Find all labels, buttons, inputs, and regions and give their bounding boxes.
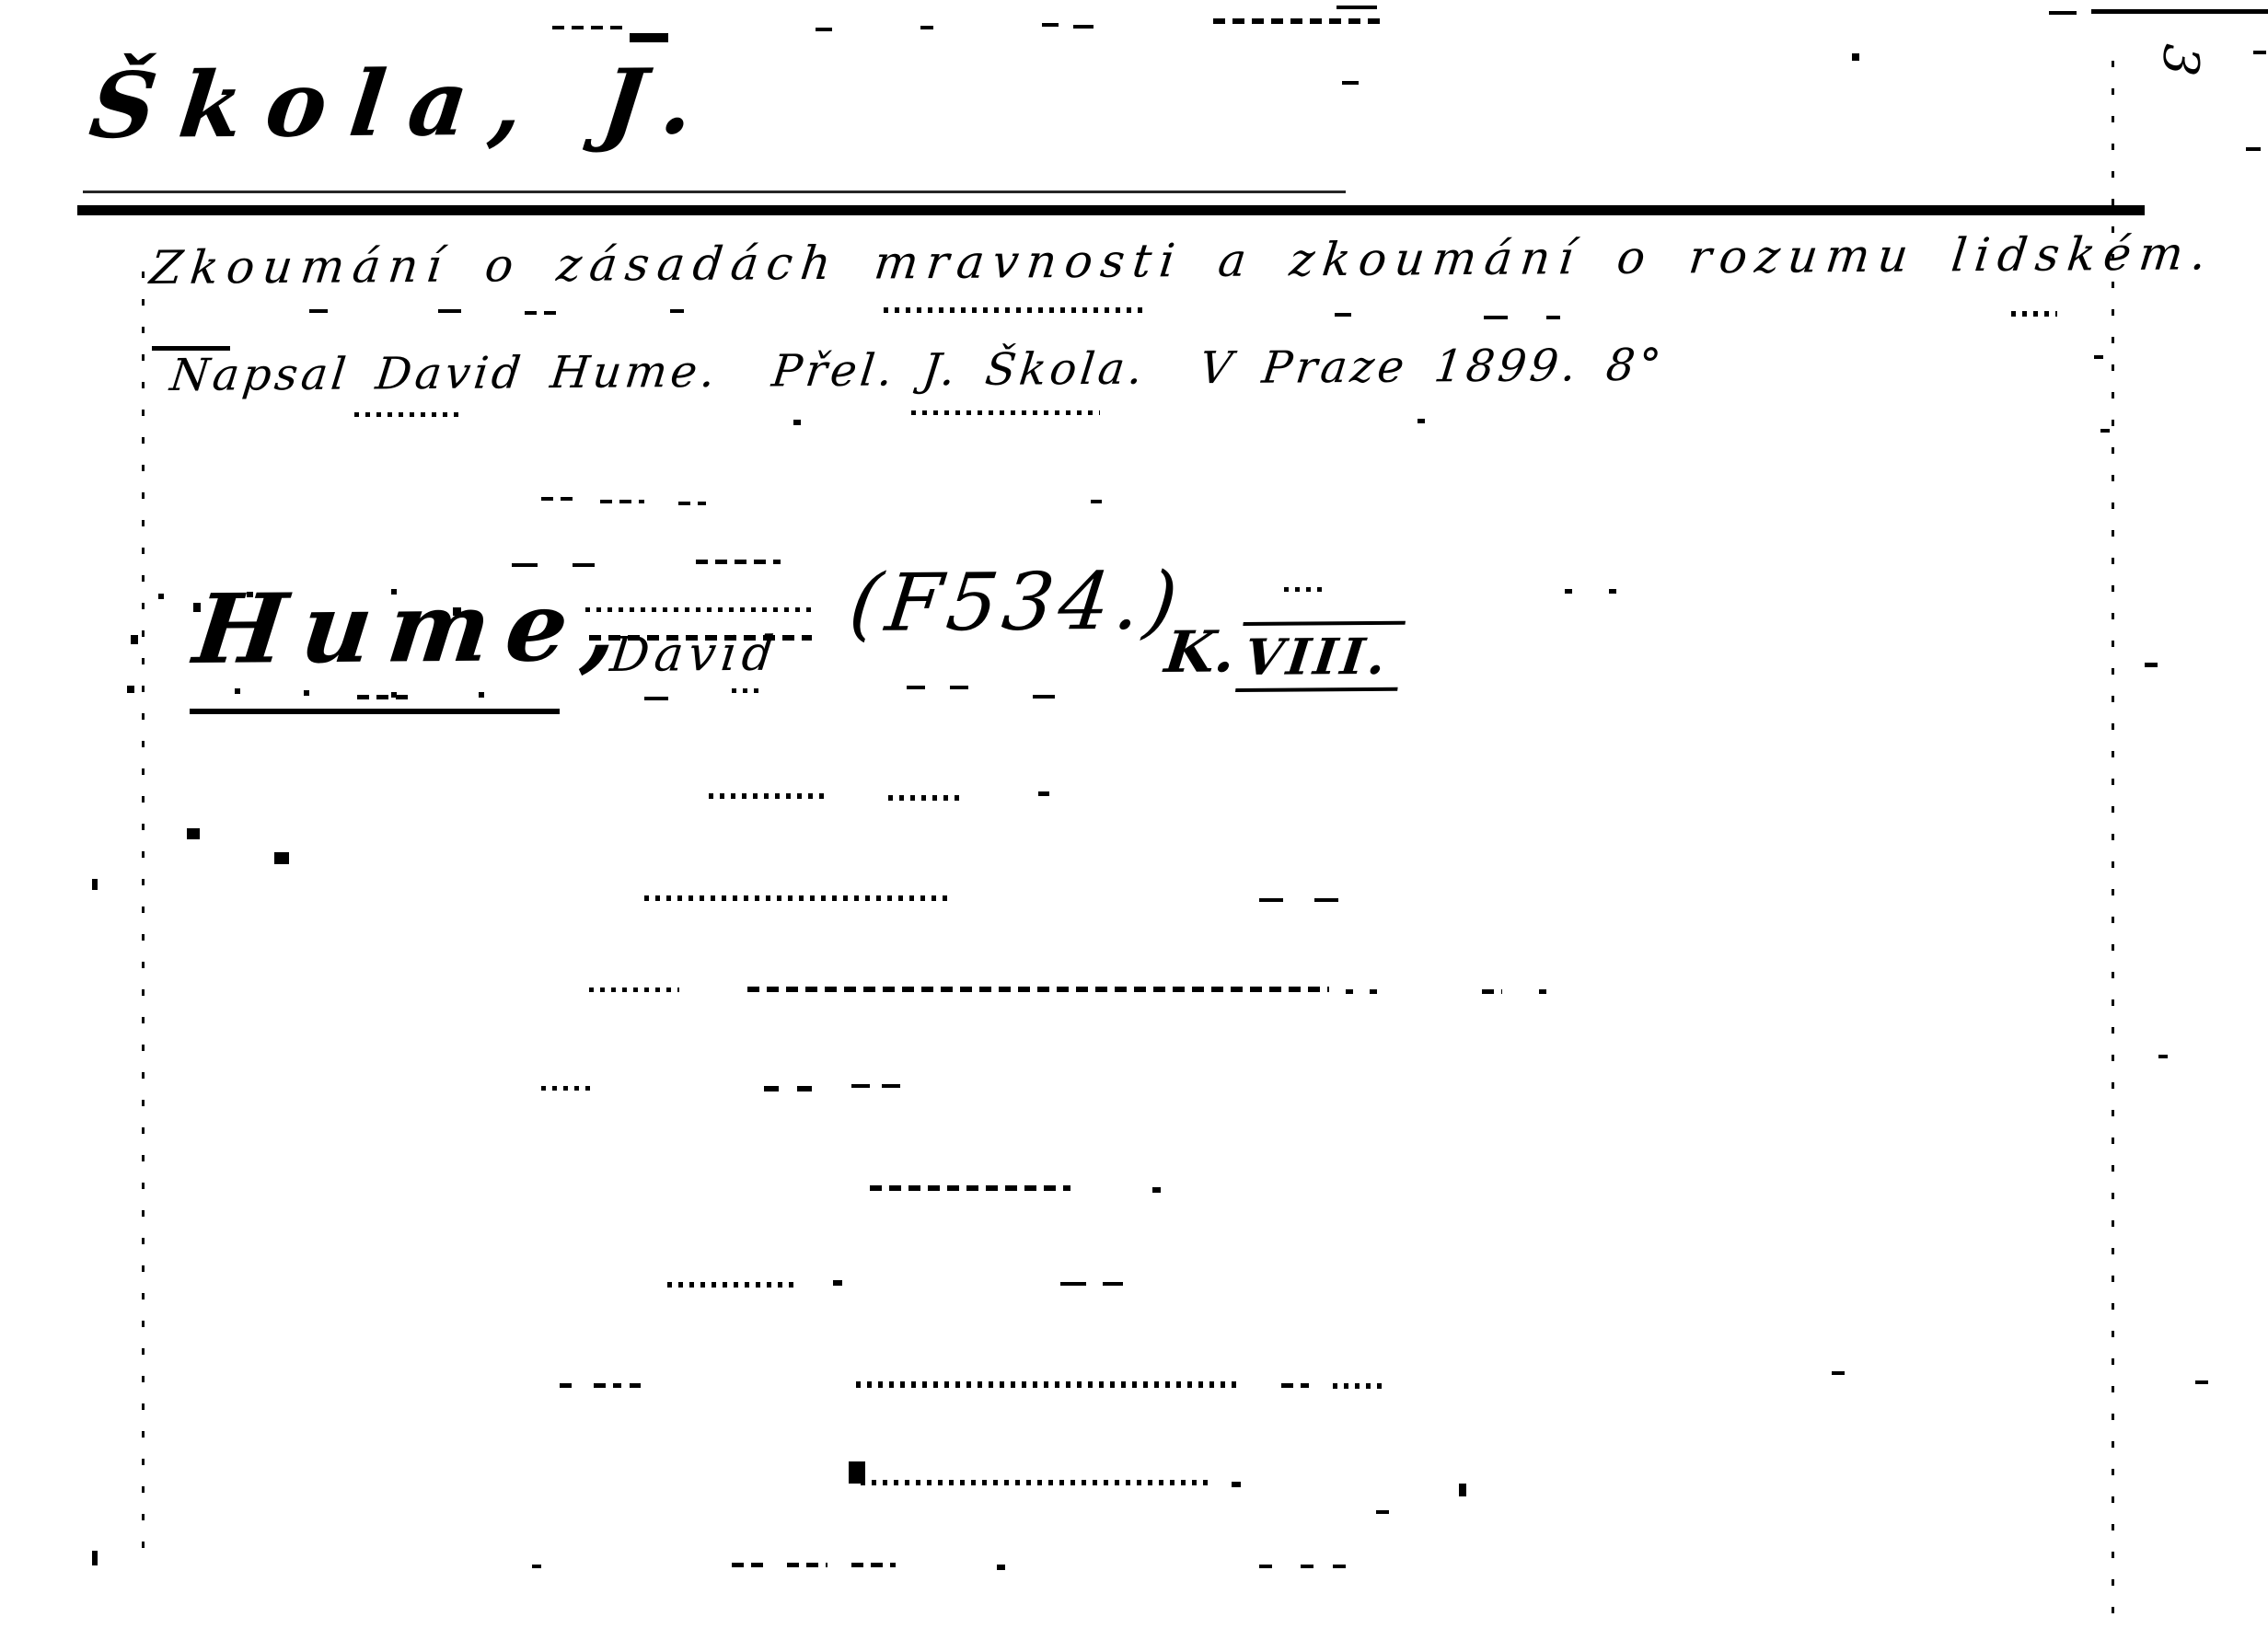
scan-speck [732,1563,769,1567]
scan-speck [1103,1282,1123,1286]
scan-speck [391,589,397,595]
scan-speck [833,1280,842,1286]
card-imprint-line: Napsal David Hume. Přel. J. Škola. V Pra… [168,340,1667,401]
scan-speck [667,1282,798,1288]
scan-speck [600,500,644,503]
crossref-name-underline [190,709,560,714]
scan-speck [274,852,289,864]
scan-speck [1314,898,1338,902]
scan-speck [1333,1565,1346,1568]
card-heading: Škola, J. [85,49,723,159]
corner-numeral: 3 [2150,42,2211,79]
scan-speck [1342,81,1359,85]
scan-speck [911,410,1100,415]
scan-speck [541,1086,595,1091]
scan-speck [1333,1383,1386,1389]
scan-speck [2091,9,2268,14]
scan-speck [589,987,679,992]
scan-speck [630,33,668,42]
scan-speck [92,879,98,890]
scan-speck [670,309,684,313]
scan-speck [127,686,134,693]
scan-speck [644,895,953,901]
scan-speck [391,692,397,698]
scan-speck [882,1084,900,1088]
left-margin-dotted-line [142,271,145,1569]
scan-speck [861,1480,1209,1485]
scan-speck [1609,589,1616,594]
catalog-card-scan: Škola, J. Zkoumání o zásadách mravnosti … [0,0,2268,1640]
crossref-letter: K. [1162,618,1239,686]
scan-speck [309,309,328,313]
scan-speck [1060,1282,1086,1286]
scan-speck [732,688,759,693]
scan-speck [793,420,801,425]
scan-speck [1152,1187,1161,1193]
scan-speck [512,563,538,567]
scan-speck [438,309,461,313]
scan-speck [2158,1055,2168,1058]
scan-speck [797,1086,812,1091]
scan-speck [532,1565,541,1568]
scan-speck [589,635,812,641]
heading-rule-thin [83,191,1346,193]
scan-speck [851,1563,896,1567]
scan-speck [950,686,968,689]
scan-speck [1259,898,1283,902]
scan-speck [131,635,138,644]
scan-speck [1546,316,1560,319]
scan-speck [585,607,817,612]
scan-speck [2253,51,2266,54]
scan-speck [851,1084,870,1088]
scan-speck [1033,695,1055,699]
scan-speck [1370,989,1377,994]
scan-speck [1346,989,1353,994]
scan-speck [1852,53,1859,61]
scan-speck [304,690,309,696]
scan-speck [357,695,411,699]
scan-speck [1281,1383,1309,1388]
scan-speck [787,1563,827,1567]
scan-speck [884,307,1146,313]
scan-speck [1301,1565,1313,1568]
scan-speck [1259,1565,1272,1568]
scan-speck [1459,1484,1466,1496]
scan-speck [573,563,595,567]
scan-speck [2011,311,2057,317]
scan-speck [1284,587,1325,592]
scan-speck [1336,6,1377,9]
scan-speck [1832,1371,1845,1375]
scan-speck [1091,500,1102,503]
scan-speck [1042,23,1059,27]
scan-speck [709,793,830,799]
scan-speck [1232,1482,1241,1487]
scan-speck [235,688,240,694]
crossref-volume: VIII. [1235,621,1406,692]
scan-speck [1038,791,1049,796]
scan-speck [1417,419,1425,423]
scan-speck [2246,147,2261,151]
scan-speck [193,603,201,612]
scan-speck [907,686,925,689]
crossref-name: Hume, [189,570,641,686]
scan-speck [541,497,576,501]
right-margin-dotted-line [2112,61,2114,1623]
scan-speck [1073,25,1093,29]
scan-speck [1335,313,1351,317]
scan-speck [630,1383,641,1388]
scan-speck [1482,989,1502,994]
card-title-line: Zkoumání o zásadách mravnosti a zkoumání… [147,226,2217,295]
scan-speck [92,1551,98,1565]
scan-speck [594,1383,621,1388]
scan-speck [158,594,164,599]
crossref-shelfmark: (F534.) [845,555,1187,650]
scan-speck [920,26,933,29]
scan-speck [2049,11,2077,15]
scan-speck [1213,18,1383,24]
scan-speck [187,828,200,839]
scan-speck [678,502,706,505]
scan-speck [888,795,960,801]
scan-speck [2100,429,2110,433]
scan-speck [644,697,668,700]
scan-speck [354,412,463,417]
scan-speck [696,560,781,564]
scan-speck [1539,989,1546,994]
scan-speck [997,1565,1005,1570]
scan-speck [870,1185,1070,1191]
scan-speck [747,987,1329,992]
scan-speck [856,1381,1241,1388]
scan-speck [1484,316,1508,319]
scan-speck [247,592,253,597]
scan-speck [525,311,557,315]
scan-speck [2094,355,2103,359]
scan-speck [2195,1380,2208,1384]
scan-speck [816,28,832,31]
scan-speck [764,1086,779,1091]
scan-speck [1565,589,1572,594]
scan-speck [479,692,484,698]
scan-speck [552,26,626,29]
scan-speck [2145,663,2158,667]
scan-speck [1376,1510,1389,1514]
scan-speck [453,607,461,616]
scan-speck [560,1383,578,1388]
heading-rule-thick [77,205,2145,215]
